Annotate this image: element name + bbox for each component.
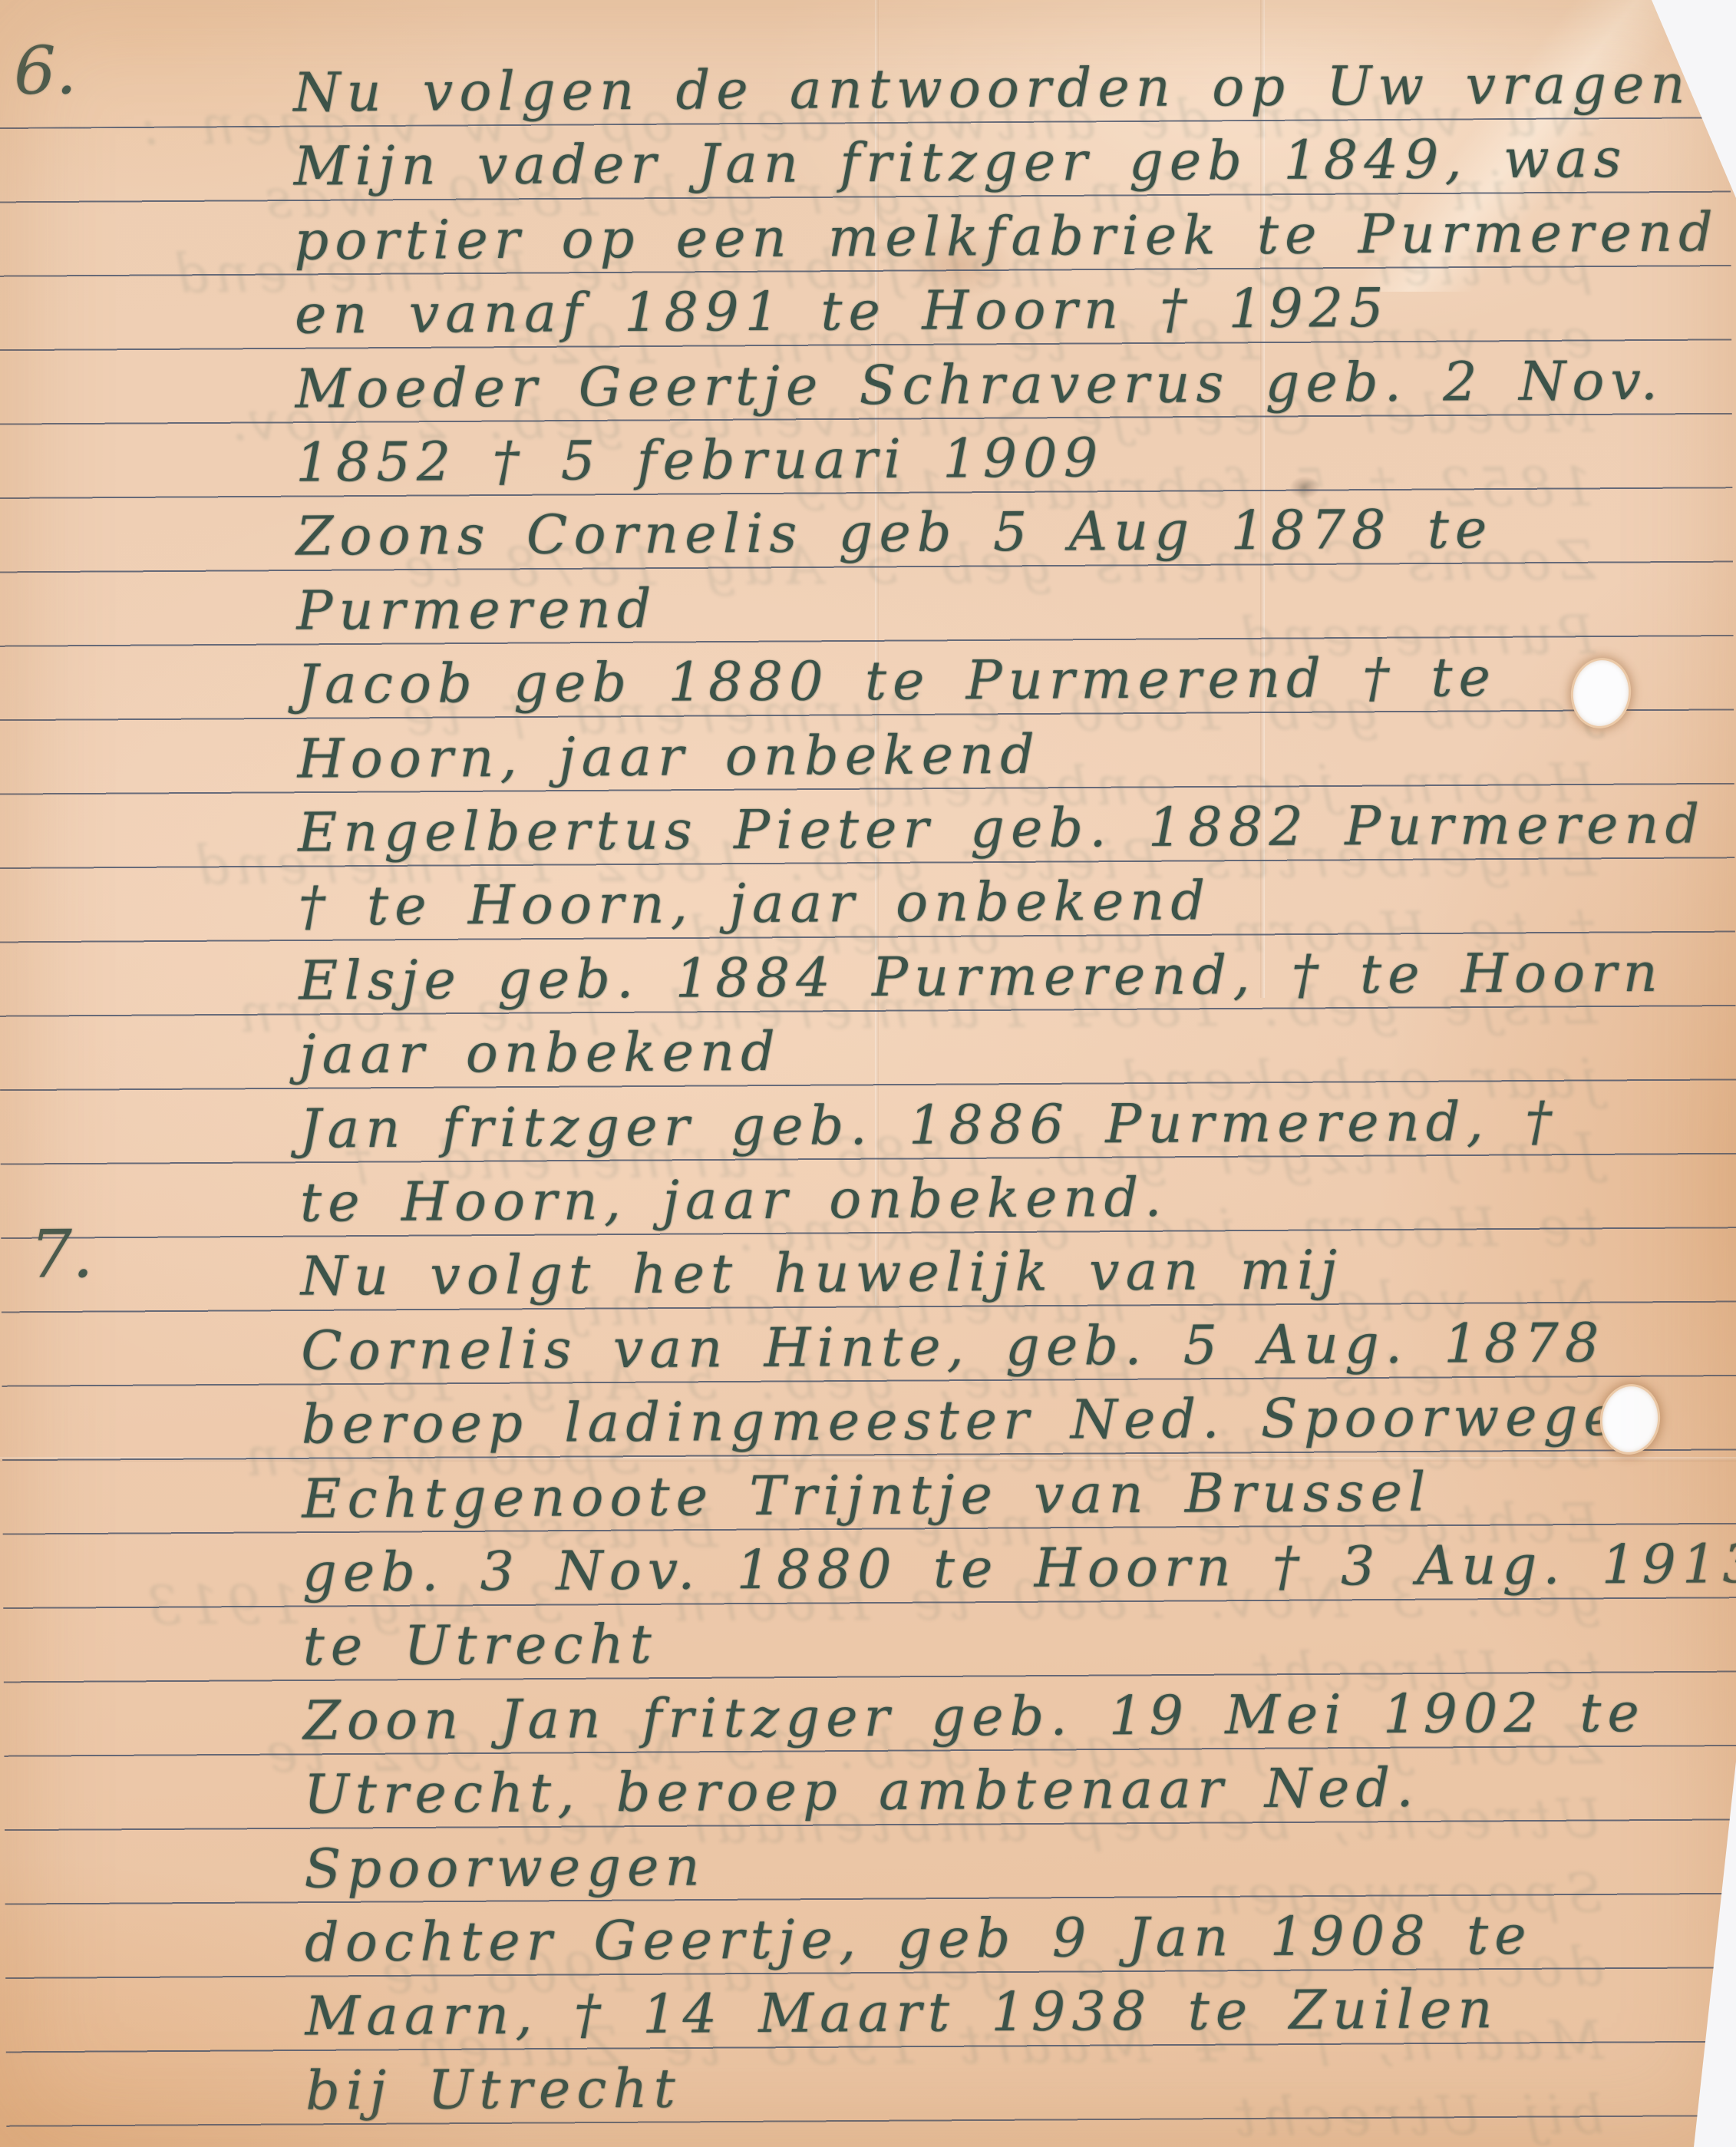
writing-layer: Nu volgen de antwoorden op Uw vragen :Mi… [0, 0, 1736, 2147]
letter-page: Nu volgen de antwoorden op Uw vragen :Mi… [0, 0, 1736, 2147]
handwritten-line: Mijn vader Jan fritzger geb 1849, was [294, 125, 1628, 200]
handwritten-line: Jan fritzger geb. 1886 Purmerend, † [299, 1088, 1558, 1161]
handwritten-line: geb. 3 Nov. 1880 te Hoorn † 3 Aug. 1913 [302, 1531, 1736, 1606]
handwritten-line: Spoorwegen [304, 1833, 706, 1901]
margin-number: 7. [30, 1222, 94, 1288]
scan-background: { "page": { "kind": "handwritten letter … [0, 0, 1736, 2147]
handwritten-line: bij Utrecht [305, 2055, 682, 2123]
handwritten-line: en vanaf 1891 te Hoorn † 1925 [295, 275, 1390, 348]
handwritten-line: te Hoorn, jaar onbekend. [300, 1164, 1168, 1236]
handwritten-line: Engelbertus Pieter geb. 1882 Purmerend [298, 791, 1706, 865]
handwritten-line: Cornelis van Hinte, geb. 5 Aug. 1878 [301, 1310, 1606, 1383]
handwritten-line: portier op een melkfabriek te Purmerend [294, 199, 1719, 273]
handwritten-line: Utrecht, beroep ambtenaar Ned. [303, 1755, 1419, 1828]
handwritten-line: beroep ladingmeester Ned. Spoorwegen [302, 1383, 1663, 1458]
margin-number: 6. [14, 38, 78, 104]
handwritten-line: Purmerend [296, 576, 658, 644]
handwritten-line: Jacob geb 1880 te Purmerend † te [297, 644, 1497, 718]
handwritten-line: te Utrecht [302, 1611, 658, 1680]
handwritten-line: Zoons Cornelis geb 5 Aug 1878 te [295, 496, 1493, 570]
handwritten-line: Moeder Geertje Schraverus geb. 2 Nov. [295, 347, 1664, 421]
handwritten-line: Zoon Jan fritzger geb. 19 Mei 1902 te [303, 1680, 1645, 1754]
handwritten-line: Echtgenoote Trijntje van Brussel [302, 1458, 1432, 1531]
handwritten-line: † te Hoorn, jaar onbekend [298, 868, 1211, 940]
handwritten-line: 1852 † 5 februari 1909 [295, 424, 1104, 495]
handwritten-line: jaar onbekend [299, 1019, 782, 1088]
handwritten-line: Hoorn, jaar onbekend [297, 721, 1041, 791]
bleedthrough-line: bij Utrecht [1228, 2082, 1604, 2147]
handwritten-line: Nu volgt het huwelijk van mij [300, 1237, 1343, 1310]
handwritten-line: Elsje geb. 1884 Purmerend, † te Hoorn [299, 940, 1664, 1014]
handwritten-line: Maarn, † 14 Maart 1938 te Zuilen [305, 1976, 1498, 2049]
handwritten-line: dochter Geertje, geb 9 Jan 1908 te [305, 1902, 1533, 1976]
handwritten-line: Nu volgen de antwoorden op Uw vragen : [293, 51, 1736, 126]
